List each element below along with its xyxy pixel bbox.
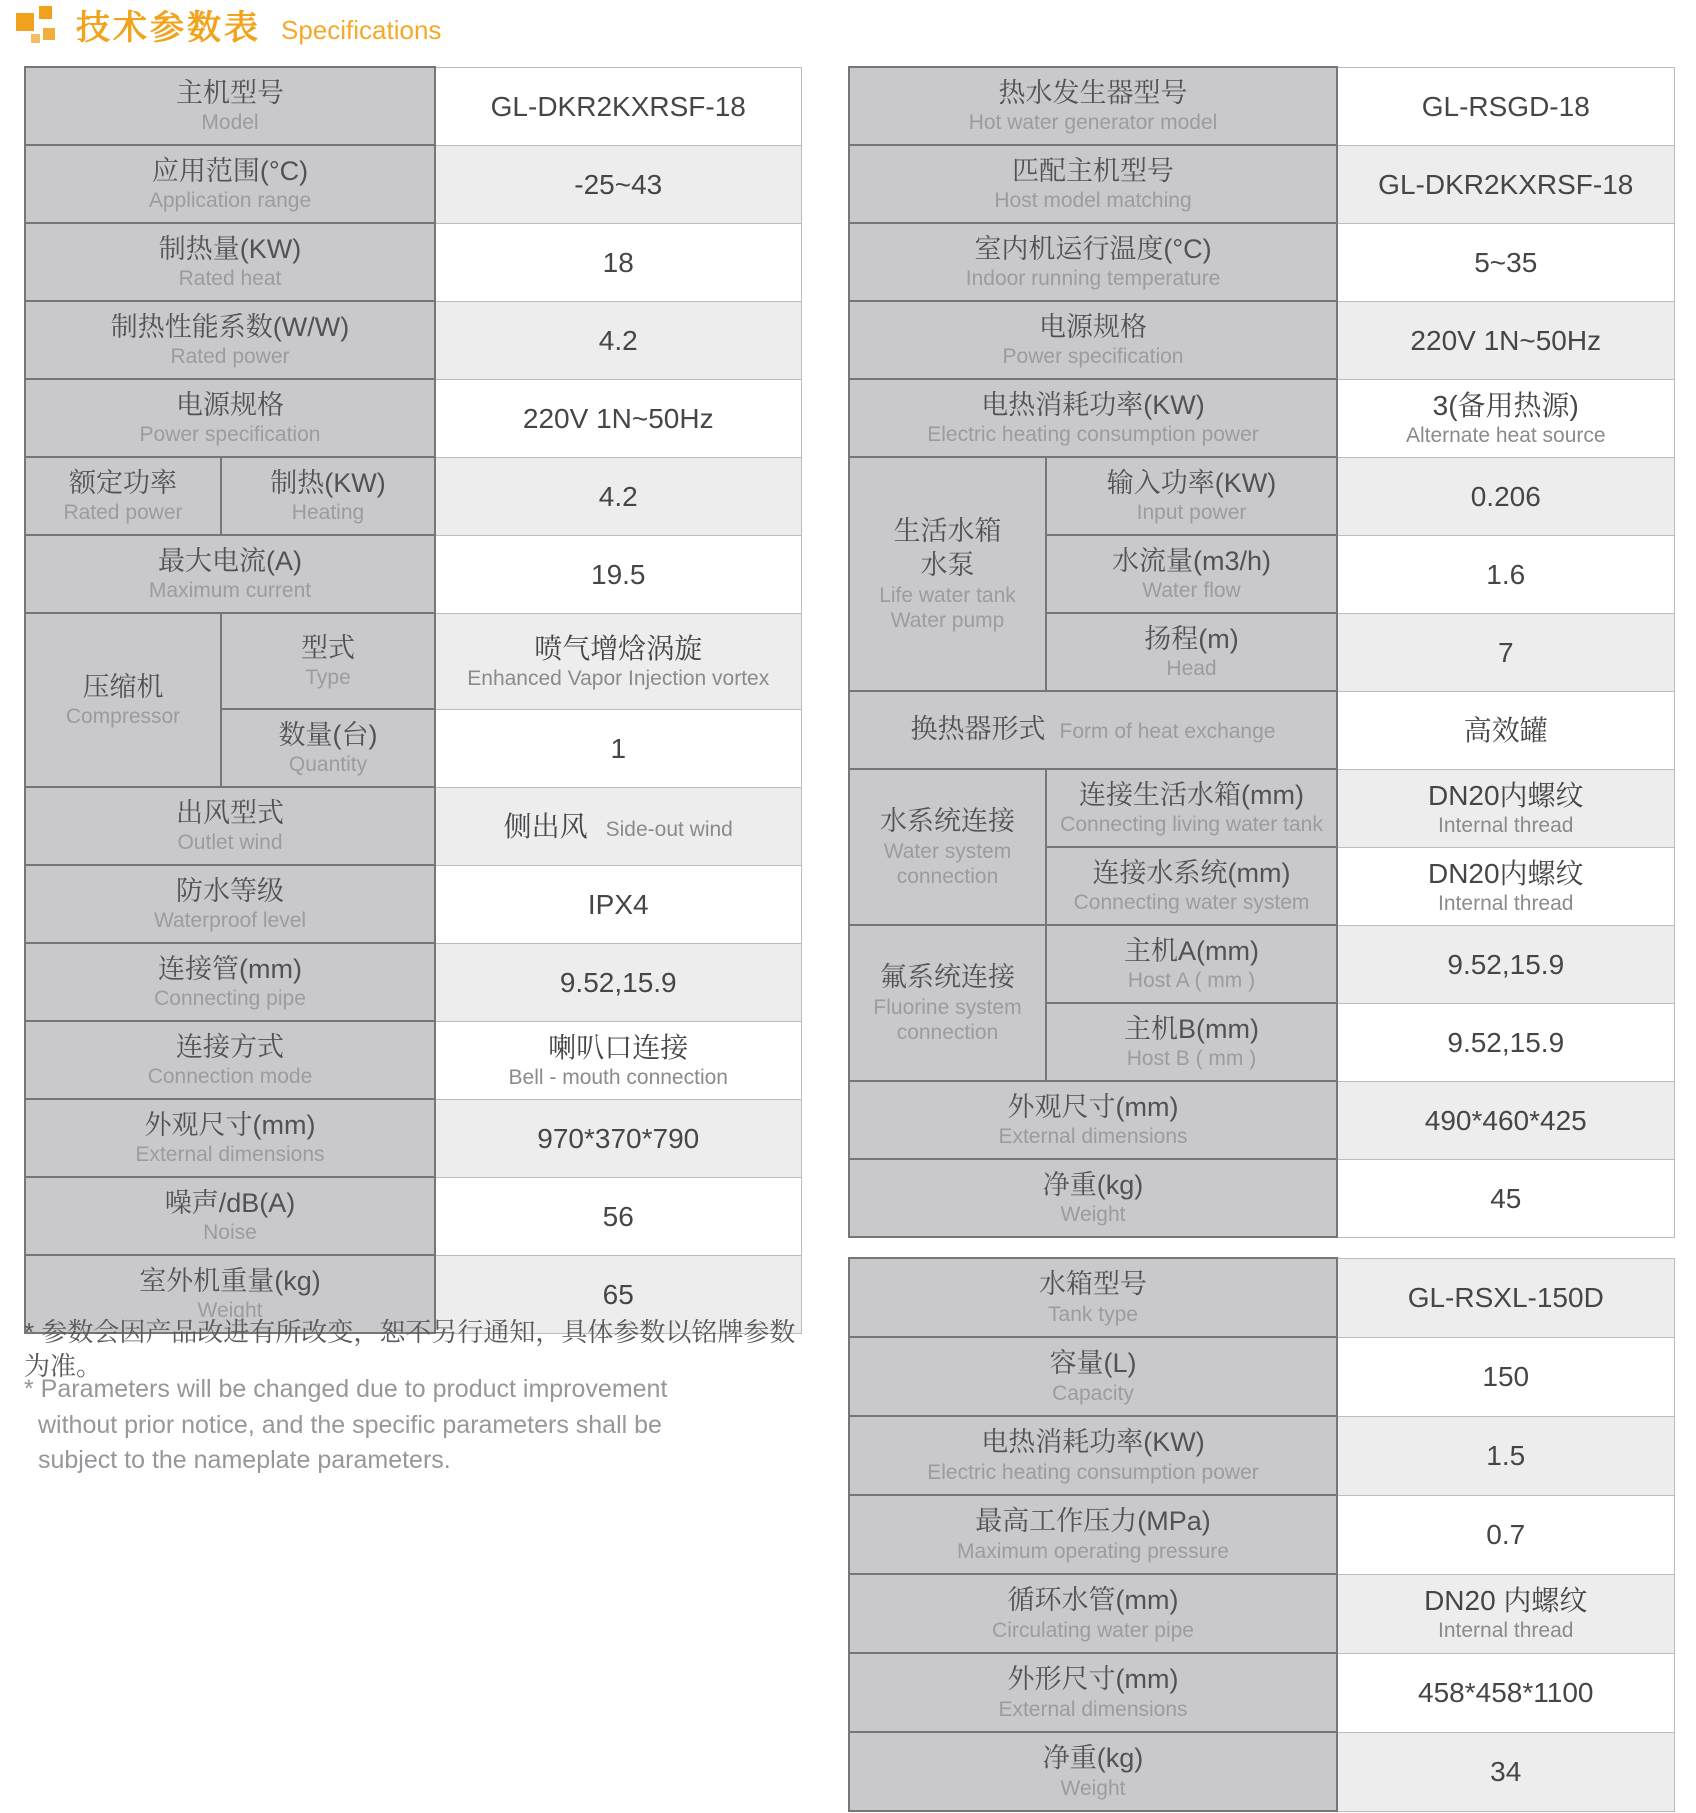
table-row: 制热性能系数(W/W) Rated power 4.2: [25, 301, 801, 379]
row-value-cell: DN20 内螺纹 Internal thread: [1337, 1574, 1674, 1653]
row-value-cell: 1.6: [1337, 535, 1674, 613]
label-cn: 最大电流(A): [32, 545, 428, 579]
table-row: 外形尺寸(mm) External dimensions 458*458*110…: [849, 1653, 1674, 1732]
value-text: GL-RSGD-18: [1422, 91, 1590, 122]
row-value-cell: DN20内螺纹 Internal thread: [1337, 769, 1674, 847]
label-en: External dimensions: [32, 1142, 428, 1167]
label-cn: 外观尺寸(mm): [856, 1091, 1330, 1125]
row-label-cell: 出风型式 Outlet wind: [25, 787, 435, 865]
row-label-cell: 循环水管(mm) Circulating water pipe: [849, 1574, 1337, 1653]
label-en: Capacity: [856, 1381, 1330, 1406]
table-row: 额定功率 Rated power 制热(KW) Heating 4.2: [25, 457, 801, 535]
table-row: 水箱型号 Tank type GL-RSXL-150D: [849, 1258, 1674, 1337]
label-en: Life water tank: [856, 583, 1039, 608]
row-value-cell: GL-DKR2KXRSF-18: [1337, 145, 1674, 223]
value-text: 220V 1N~50Hz: [1410, 325, 1601, 356]
row-value-cell: 5~35: [1337, 223, 1674, 301]
row-label-cell: 外观尺寸(mm) External dimensions: [25, 1099, 435, 1177]
table-row: 连接管(mm) Connecting pipe 9.52,15.9: [25, 943, 801, 1021]
value-cn: DN20内螺纹: [1344, 778, 1668, 813]
value-text: 9.52,15.9: [1447, 1027, 1564, 1058]
row-value-cell: 45: [1337, 1159, 1674, 1237]
label-cn: 连接方式: [32, 1031, 428, 1065]
value-text: 65: [603, 1279, 634, 1310]
value-cn: 3(备用热源): [1344, 388, 1668, 423]
row-value-cell: DN20内螺纹 Internal thread: [1337, 847, 1674, 925]
table-row: 容量(L) Capacity 150: [849, 1337, 1674, 1416]
value-text: GL-RSXL-150D: [1408, 1282, 1604, 1313]
table-row: 制热量(KW) Rated heat 18: [25, 223, 801, 301]
group-label-cell: 压缩机 Compressor: [25, 613, 221, 787]
value-cn: DN20内螺纹: [1344, 856, 1668, 891]
label-en: Power specification: [32, 422, 428, 447]
label-en: Noise: [32, 1220, 428, 1245]
label-en: Compressor: [32, 704, 214, 729]
label-cn: 制热性能系数(W/W): [32, 311, 428, 345]
row-label-cell: 连接方式 Connection mode: [25, 1021, 435, 1099]
row-label-cell: 室内机运行温度(°C) Indoor running temperature: [849, 223, 1337, 301]
table-row: 水系统连接 Water system connection 连接生活水箱(mm)…: [849, 769, 1674, 847]
row-value-cell: 3(备用热源) Alternate heat source: [1337, 379, 1674, 457]
value-en: Bell - mouth connection: [442, 1065, 795, 1090]
table-row: 最大电流(A) Maximum current 19.5: [25, 535, 801, 613]
table-row: 电热消耗功率(KW) Electric heating consumption …: [849, 379, 1674, 457]
label-en: Maximum current: [32, 578, 428, 603]
group-label-cell: 水系统连接 Water system connection: [849, 769, 1046, 925]
value-text: 490*460*425: [1425, 1105, 1587, 1136]
row-label-cell: 连接管(mm) Connecting pipe: [25, 943, 435, 1021]
value-text: 56: [603, 1201, 634, 1232]
row-sublabel-cell: 扬程(m) Head: [1046, 613, 1337, 691]
value-text: 9.52,15.9: [560, 967, 677, 998]
label-en: Form of heat exchange: [1060, 720, 1276, 743]
label-en: Rated power: [32, 344, 428, 369]
row-value-cell: 458*458*1100: [1337, 1653, 1674, 1732]
label-en: Weight: [856, 1202, 1330, 1227]
logo-square: [31, 34, 40, 43]
label-en: Host model matching: [856, 188, 1330, 213]
row-value-cell: GL-DKR2KXRSF-18: [435, 67, 801, 145]
table-row: 出风型式 Outlet wind 侧出风Side-out wind: [25, 787, 801, 865]
label-cn: 最高工作压力(MPa): [856, 1505, 1330, 1539]
label-cn: 循环水管(mm): [856, 1584, 1330, 1618]
table-row: 室内机运行温度(°C) Indoor running temperature 5…: [849, 223, 1674, 301]
row-value-cell: GL-RSXL-150D: [1337, 1258, 1674, 1337]
generator-spec-table: 热水发生器型号 Hot water generator model GL-RSG…: [848, 66, 1675, 1238]
label-en: Type: [228, 665, 428, 690]
row-sublabel-cell: 制热(KW) Heating: [221, 457, 435, 535]
value-text: 7: [1498, 637, 1514, 668]
row-label-cell: 电热消耗功率(KW) Electric heating consumption …: [849, 1416, 1337, 1495]
row-label-cell: 电热消耗功率(KW) Electric heating consumption …: [849, 379, 1337, 457]
row-value-cell: 970*370*790: [435, 1099, 801, 1177]
label-cn: 输入功率(KW): [1053, 467, 1330, 501]
table-row: 外观尺寸(mm) External dimensions 970*370*790: [25, 1099, 801, 1177]
label-en: External dimensions: [856, 1697, 1330, 1722]
table-row: 匹配主机型号 Host model matching GL-DKR2KXRSF-…: [849, 145, 1674, 223]
host-spec-table: 主机型号 Model GL-DKR2KXRSF-18 应用范围(°C) Appl…: [24, 66, 802, 1334]
table-row: 噪声/dB(A) Noise 56: [25, 1177, 801, 1255]
label-cn: 应用范围(°C): [32, 155, 428, 189]
label-cn: 连接生活水箱(mm): [1053, 779, 1330, 813]
label-cn: 型式: [228, 632, 428, 666]
label-cn: 外观尺寸(mm): [32, 1109, 428, 1143]
label-cn: 制热(KW): [228, 467, 428, 501]
label-en: Host A ( mm ): [1053, 968, 1330, 993]
label-en: Application range: [32, 188, 428, 213]
table-row: 应用范围(°C) Application range -25~43: [25, 145, 801, 223]
value-text: 34: [1490, 1756, 1521, 1787]
label-cn: 水流量(m3/h): [1053, 545, 1330, 579]
row-sublabel-cell: 输入功率(KW) Input power: [1046, 457, 1337, 535]
value-text: 45: [1490, 1183, 1521, 1214]
row-value-cell: 0.206: [1337, 457, 1674, 535]
label-cn: 制热量(KW): [32, 233, 428, 267]
page-title-cn: 技术参数表: [76, 6, 261, 50]
value-text: 4.2: [599, 325, 638, 356]
label-en: Hot water generator model: [856, 110, 1330, 135]
table-row: 净重(kg) Weight 34: [849, 1732, 1674, 1811]
label-en: Rated heat: [32, 266, 428, 291]
value-text: 970*370*790: [537, 1123, 699, 1154]
table-row: 净重(kg) Weight 45: [849, 1159, 1674, 1237]
label-en: Tank type: [856, 1302, 1330, 1327]
value-cn: 侧出风: [504, 811, 588, 842]
table-row: 最高工作压力(MPa) Maximum operating pressure 0…: [849, 1495, 1674, 1574]
value-en: Internal thread: [1344, 891, 1668, 916]
logo-square: [43, 28, 55, 40]
table-row: 外观尺寸(mm) External dimensions 490*460*425: [849, 1081, 1674, 1159]
label-cn: 额定功率: [32, 467, 214, 501]
row-label-cell: 制热性能系数(W/W) Rated power: [25, 301, 435, 379]
label-en: Head: [1053, 656, 1330, 681]
row-label-cell: 额定功率 Rated power: [25, 457, 221, 535]
row-value-cell: 7: [1337, 613, 1674, 691]
page-title-en: Specifications: [281, 8, 441, 52]
value-text: 9.52,15.9: [1447, 949, 1564, 980]
value-en: Enhanced Vapor Injection vortex: [442, 666, 795, 691]
row-label-cell: 制热量(KW) Rated heat: [25, 223, 435, 301]
row-label-cell: 主机型号 Model: [25, 67, 435, 145]
label-en: Input power: [1053, 500, 1330, 525]
value-text: 19.5: [591, 559, 646, 590]
label-en: Outlet wind: [32, 830, 428, 855]
value-text: 1: [610, 733, 626, 764]
label-en: Fluorine system connection: [856, 995, 1039, 1045]
label-cn: 主机B(mm): [1053, 1013, 1330, 1047]
row-label-cell: 电源规格 Power specification: [25, 379, 435, 457]
row-sublabel-cell: 连接生活水箱(mm) Connecting living water tank: [1046, 769, 1337, 847]
row-label-cell: 电源规格 Power specification: [849, 301, 1337, 379]
label-en: Circulating water pipe: [856, 1618, 1330, 1643]
table-row: 连接方式 Connection mode 喇叭口连接 Bell - mouth …: [25, 1021, 801, 1099]
table-row: 换热器形式Form of heat exchange 高效罐: [849, 691, 1674, 769]
label-en: Electric heating consumption power: [856, 422, 1330, 447]
value-text: IPX4: [588, 889, 649, 920]
label-en: Host B ( mm ): [1053, 1046, 1330, 1071]
label-en: Heating: [228, 500, 428, 525]
value-text: 1.5: [1486, 1440, 1525, 1471]
logo-square: [16, 13, 34, 31]
group-label-cell: 氟系统连接 Fluorine system connection: [849, 925, 1046, 1081]
value-cn: 喇叭口连接: [442, 1030, 795, 1065]
row-value-cell: 220V 1N~50Hz: [1337, 301, 1674, 379]
row-value-cell: 0.7: [1337, 1495, 1674, 1574]
value-text: 高效罐: [1464, 715, 1548, 746]
label-en: Maximum operating pressure: [856, 1539, 1330, 1564]
value-text: 4.2: [599, 481, 638, 512]
label-en: Connection mode: [32, 1064, 428, 1089]
row-value-cell: 1.5: [1337, 1416, 1674, 1495]
row-value-cell: 18: [435, 223, 801, 301]
row-label-cell: 水箱型号 Tank type: [849, 1258, 1337, 1337]
row-value-cell: 220V 1N~50Hz: [435, 379, 801, 457]
label-cn: 生活水箱: [856, 515, 1039, 549]
table-row: 主机型号 Model GL-DKR2KXRSF-18: [25, 67, 801, 145]
row-label-cell: 最大电流(A) Maximum current: [25, 535, 435, 613]
value-text: 18: [603, 247, 634, 278]
row-label-cell: 最高工作压力(MPa) Maximum operating pressure: [849, 1495, 1337, 1574]
label-cn: 水箱型号: [856, 1268, 1330, 1302]
row-label-cell: 净重(kg) Weight: [849, 1732, 1337, 1811]
row-value-cell: 9.52,15.9: [1337, 1003, 1674, 1081]
value-text: 458*458*1100: [1418, 1677, 1593, 1708]
label-cn: 氟系统连接: [856, 961, 1039, 995]
label-cn: 数量(台): [228, 719, 428, 753]
label-en: Indoor running temperature: [856, 266, 1330, 291]
label-cn: 电源规格: [856, 311, 1330, 345]
label-en: Connecting water system: [1053, 890, 1330, 915]
row-value-cell: IPX4: [435, 865, 801, 943]
label-cn: 换热器形式: [911, 714, 1046, 744]
row-label-cell: 噪声/dB(A) Noise: [25, 1177, 435, 1255]
row-value-cell: 喇叭口连接 Bell - mouth connection: [435, 1021, 801, 1099]
label-en: Rated power: [32, 500, 214, 525]
label-en: External dimensions: [856, 1124, 1330, 1149]
row-label-cell: 外形尺寸(mm) External dimensions: [849, 1653, 1337, 1732]
row-value-cell: 高效罐: [1337, 691, 1674, 769]
row-sublabel-cell: 数量(台) Quantity: [221, 709, 435, 787]
row-label-cell: 净重(kg) Weight: [849, 1159, 1337, 1237]
value-text: 0.206: [1471, 481, 1541, 512]
row-value-cell: 1: [435, 709, 801, 787]
row-label-cell: 换热器形式Form of heat exchange: [849, 691, 1337, 769]
row-label-cell: 外观尺寸(mm) External dimensions: [849, 1081, 1337, 1159]
row-value-cell: 490*460*425: [1337, 1081, 1674, 1159]
label-cn: 热水发生器型号: [856, 77, 1330, 111]
label-cn: 压缩机: [32, 671, 214, 705]
label-cn: 容量(L): [856, 1347, 1330, 1381]
table-row: 压缩机 Compressor 型式 Type 喷气增焓涡旋 Enhanced V…: [25, 613, 801, 709]
footnote-en: * Parameters will be changed due to prod…: [24, 1372, 726, 1479]
row-value-cell: GL-RSGD-18: [1337, 67, 1674, 145]
row-value-cell: -25~43: [435, 145, 801, 223]
label-cn: 室外机重量(kg): [32, 1265, 428, 1299]
label-en: Power specification: [856, 344, 1330, 369]
label-cn: 出风型式: [32, 797, 428, 831]
label-cn: 电热消耗功率(KW): [856, 1426, 1330, 1460]
table-row: 氟系统连接 Fluorine system connection 主机A(mm)…: [849, 925, 1674, 1003]
table-row: 生活水箱 水泵 Life water tank Water pump 输入功率(…: [849, 457, 1674, 535]
label-cn: 连接管(mm): [32, 953, 428, 987]
table-row: 热水发生器型号 Hot water generator model GL-RSG…: [849, 67, 1674, 145]
value-en: Internal thread: [1344, 1618, 1668, 1643]
value-text: GL-DKR2KXRSF-18: [1378, 169, 1633, 200]
value-text: GL-DKR2KXRSF-18: [491, 91, 746, 122]
label-en: Connecting pipe: [32, 986, 428, 1011]
label-cn: 外形尺寸(mm): [856, 1663, 1330, 1697]
row-value-cell: 侧出风Side-out wind: [435, 787, 801, 865]
label-cn: 主机型号: [32, 77, 428, 111]
row-value-cell: 4.2: [435, 301, 801, 379]
label-cn: 匹配主机型号: [856, 155, 1330, 189]
label-cn: 净重(kg): [856, 1742, 1330, 1776]
value-text: 220V 1N~50Hz: [523, 403, 714, 434]
label-en: Water pump: [856, 608, 1039, 633]
row-label-cell: 应用范围(°C) Application range: [25, 145, 435, 223]
table-row: 电源规格 Power specification 220V 1N~50Hz: [849, 301, 1674, 379]
row-label-cell: 容量(L) Capacity: [849, 1337, 1337, 1416]
table-row: 电热消耗功率(KW) Electric heating consumption …: [849, 1416, 1674, 1495]
label-en: Weight: [856, 1776, 1330, 1801]
row-value-cell: 34: [1337, 1732, 1674, 1811]
label-cn: 连接水系统(mm): [1053, 857, 1330, 891]
row-sublabel-cell: 主机B(mm) Host B ( mm ): [1046, 1003, 1337, 1081]
row-value-cell: 喷气增焓涡旋 Enhanced Vapor Injection vortex: [435, 613, 801, 709]
label-cn: 噪声/dB(A): [32, 1187, 428, 1221]
label-cn: 防水等级: [32, 875, 428, 909]
label-en: Electric heating consumption power: [856, 1460, 1330, 1485]
label-cn: 净重(kg): [856, 1169, 1330, 1203]
value-text: 5~35: [1474, 247, 1537, 278]
value-en: Internal thread: [1344, 813, 1668, 838]
table-row: 防水等级 Waterproof level IPX4: [25, 865, 801, 943]
tank-spec-table: 水箱型号 Tank type GL-RSXL-150D 容量(L) Capaci…: [848, 1257, 1675, 1812]
row-value-cell: 150: [1337, 1337, 1674, 1416]
row-value-cell: 4.2: [435, 457, 801, 535]
row-value-cell: 19.5: [435, 535, 801, 613]
logo-square: [39, 6, 52, 19]
label-cn: 水系统连接: [856, 805, 1039, 839]
row-label-cell: 热水发生器型号 Hot water generator model: [849, 67, 1337, 145]
value-cn: DN20 内螺纹: [1344, 1583, 1668, 1618]
label-cn: 室内机运行温度(°C): [856, 233, 1330, 267]
label-cn: 主机A(mm): [1053, 935, 1330, 969]
row-sublabel-cell: 主机A(mm) Host A ( mm ): [1046, 925, 1337, 1003]
value-en: Side-out wind: [606, 818, 733, 841]
value-text: 0.7: [1486, 1519, 1525, 1550]
value-text: -25~43: [574, 169, 662, 200]
row-label-cell: 防水等级 Waterproof level: [25, 865, 435, 943]
row-sublabel-cell: 连接水系统(mm) Connecting water system: [1046, 847, 1337, 925]
label-en: Waterproof level: [32, 908, 428, 933]
table-row: 电源规格 Power specification 220V 1N~50Hz: [25, 379, 801, 457]
label-en: Model: [32, 110, 428, 135]
row-value-cell: 9.52,15.9: [1337, 925, 1674, 1003]
value-text: 150: [1482, 1361, 1529, 1392]
label-cn: 电热消耗功率(KW): [856, 389, 1330, 423]
value-text: 1.6: [1486, 559, 1525, 590]
value-en: Alternate heat source: [1344, 423, 1668, 448]
label-cn: 扬程(m): [1053, 623, 1330, 657]
label-en: Water flow: [1053, 578, 1330, 603]
page-header: 技术参数表 Specifications: [16, 6, 441, 52]
brand-squares-icon: [16, 6, 60, 48]
label-cn: 电源规格: [32, 389, 428, 423]
value-cn: 喷气增焓涡旋: [442, 631, 795, 666]
row-value-cell: 56: [435, 1177, 801, 1255]
row-value-cell: 9.52,15.9: [435, 943, 801, 1021]
row-sublabel-cell: 型式 Type: [221, 613, 435, 709]
label-cn: 水泵: [856, 549, 1039, 583]
row-sublabel-cell: 水流量(m3/h) Water flow: [1046, 535, 1337, 613]
label-en: Water system connection: [856, 839, 1039, 889]
table-row: 循环水管(mm) Circulating water pipe DN20 内螺纹…: [849, 1574, 1674, 1653]
row-label-cell: 匹配主机型号 Host model matching: [849, 145, 1337, 223]
group-label-cell: 生活水箱 水泵 Life water tank Water pump: [849, 457, 1046, 691]
label-en: Quantity: [228, 752, 428, 777]
label-en: Connecting living water tank: [1053, 812, 1330, 837]
